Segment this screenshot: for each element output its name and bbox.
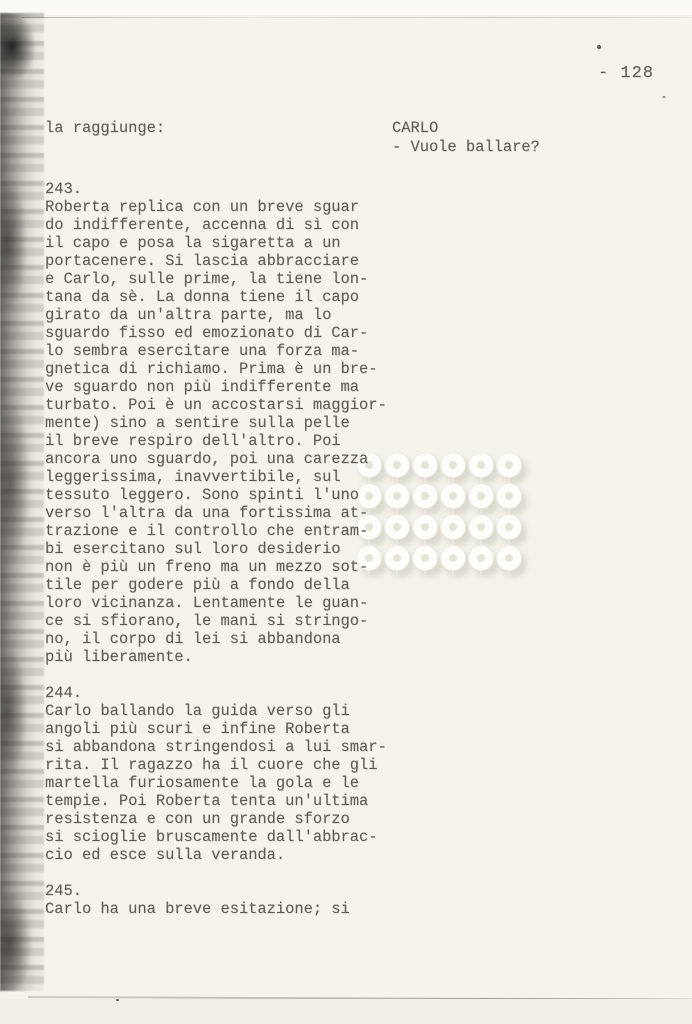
scan-top-band [0, 0, 692, 15]
ring-icon [440, 545, 466, 571]
ring-icon [496, 483, 522, 509]
ring-icon [412, 545, 438, 571]
scene-paragraph: 245. Carlo ha una breve esitazione; si [45, 882, 397, 918]
ring-icon [440, 514, 466, 540]
ring-icon [412, 514, 438, 540]
scan-binding-shadow [0, 13, 44, 991]
ring-icon [468, 483, 494, 509]
scene-number: 244. [45, 684, 397, 702]
ring-icon [412, 452, 438, 478]
scan-bottom-band [0, 999, 692, 1024]
dialogue-line: - Vuole ballare? [392, 138, 540, 157]
scene-text: Roberta replica con un breve sguar do in… [45, 198, 397, 666]
ring-icon [468, 452, 494, 478]
ring-icon [496, 545, 522, 571]
ring-icon [468, 545, 494, 571]
scene-number: 243. [45, 180, 397, 198]
scene-paragraph: 244. Carlo ballando la guida verso gli a… [45, 684, 397, 864]
scene-text: Carlo ballando la guida verso gli angoli… [45, 702, 397, 864]
action-cue: la raggiunge: [45, 119, 165, 137]
script-body: 243. Roberta replica con un breve sguar … [45, 180, 397, 918]
scene-paragraph: 243. Roberta replica con un breve sguar … [45, 180, 397, 666]
scene-text: Carlo ha una breve esitazione; si [45, 900, 397, 918]
ring-icon [468, 514, 494, 540]
dust-speck [116, 999, 119, 1001]
ring-icon [440, 483, 466, 509]
scene-number: 245. [45, 882, 397, 900]
ring-icon [496, 452, 522, 478]
ring-icon [496, 514, 522, 540]
ring-icon [440, 452, 466, 478]
dust-speck [597, 45, 601, 49]
dialogue-block: CARLO - Vuole ballare? [392, 119, 540, 157]
character-name: CARLO [392, 119, 540, 138]
scanned-script-page: - 128 la raggiunge: CARLO - Vuole ballar… [0, 0, 692, 1024]
scan-top-edge-line [22, 17, 692, 18]
ring-icon [412, 483, 438, 509]
page-number: - 128 [598, 64, 654, 83]
dust-speck [663, 96, 665, 98]
